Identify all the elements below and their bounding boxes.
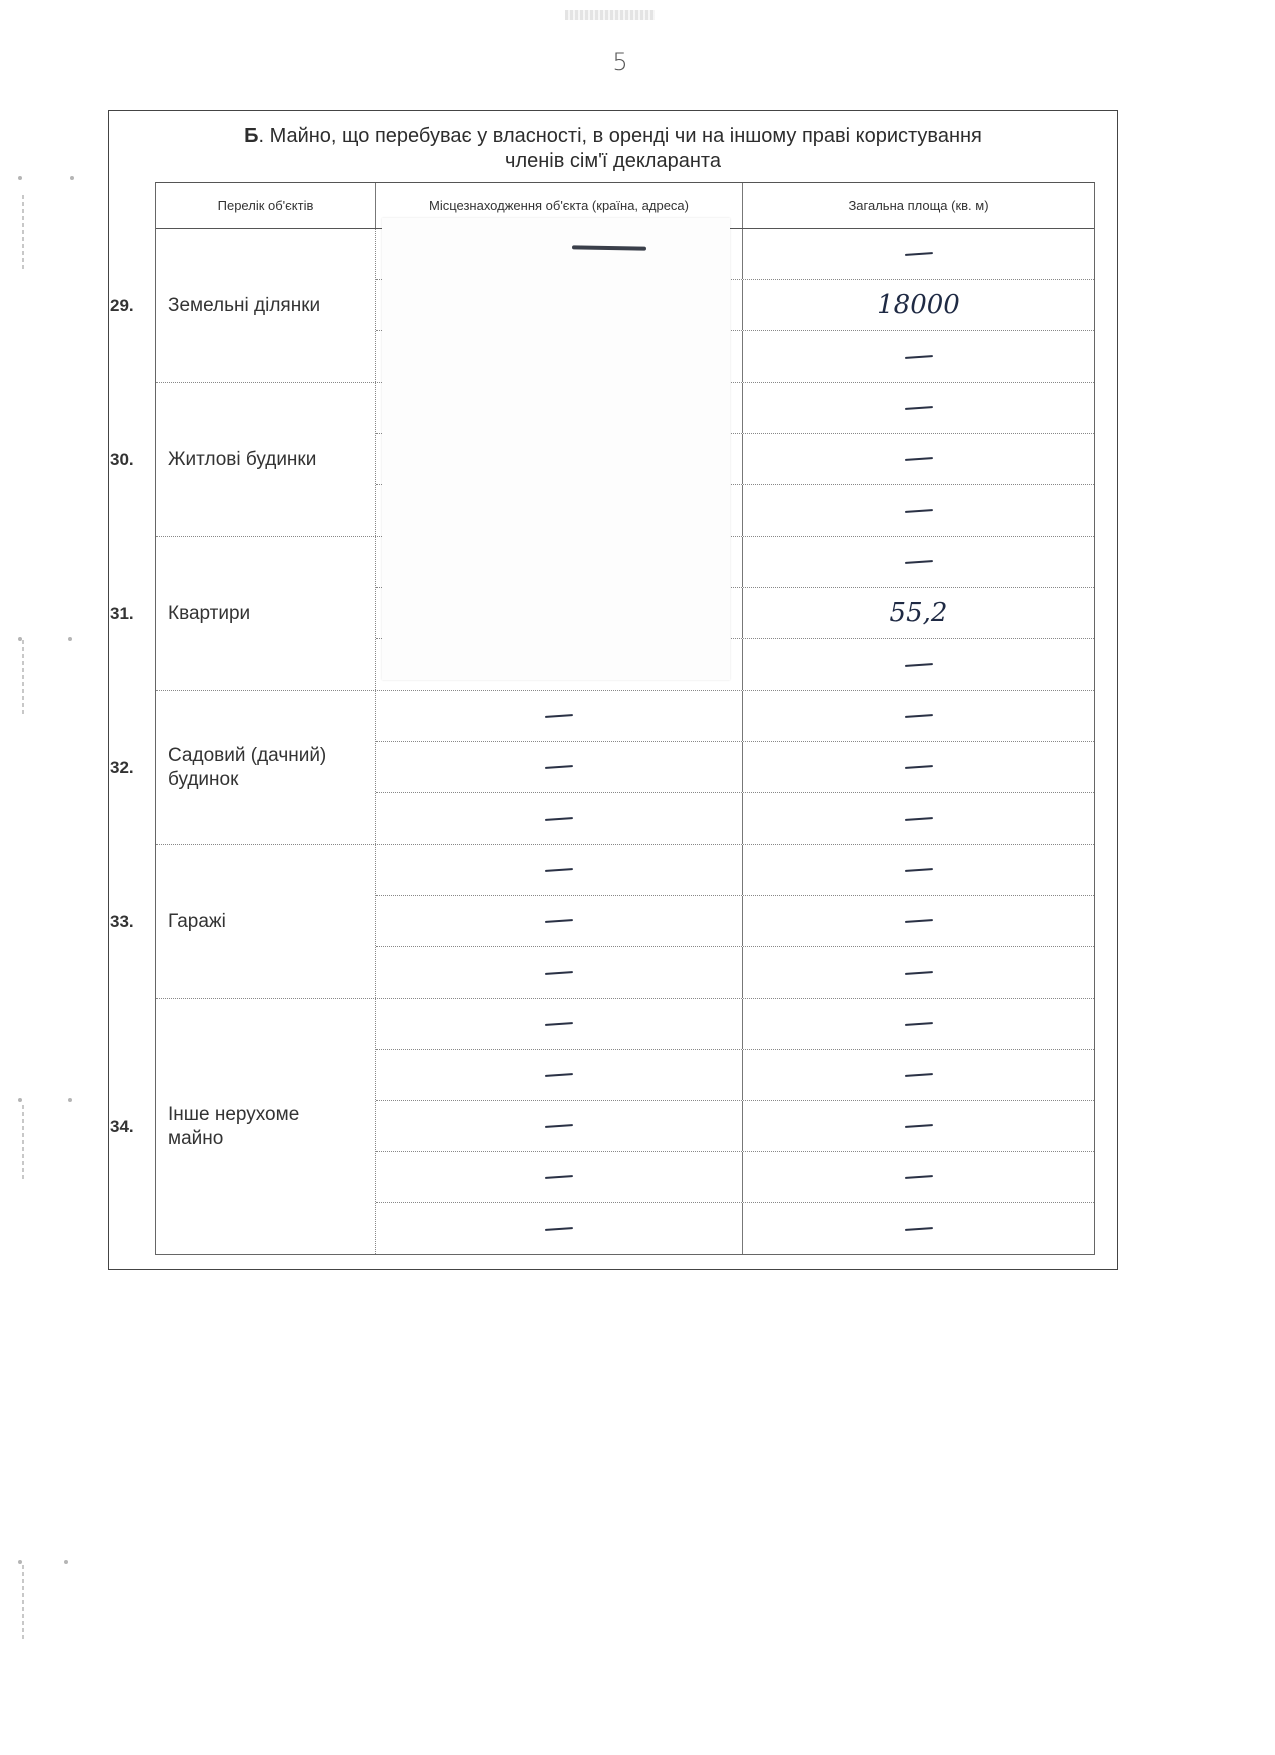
handwritten-dash [904,406,932,410]
handwritten-dash [904,457,932,461]
handwritten-dash [572,245,646,250]
binding-mark [22,1105,24,1180]
object-type-text: Земельні ділянки [168,294,320,318]
area-cell [743,845,1094,895]
header-area: Загальна площа (кв. м) [743,183,1094,228]
item-number: 30. [110,448,134,472]
handwritten-dash [545,1124,573,1128]
object-type-text: Інше нерухоме майно [168,1103,318,1151]
area-cell: 18000 [743,280,1094,330]
object-type-text: Квартири [168,602,250,626]
table-group: 33.Гаражі [156,845,1094,999]
object-type-label: 29.Земельні ділянки [156,229,376,382]
object-type-text: Садовий (дачний) будинок [168,744,338,792]
binding-dot [70,176,74,180]
table-row [376,999,1094,1050]
handwritten-dash [545,765,573,769]
location-cell [376,793,743,844]
binding-mark [22,195,24,270]
area-cell [743,793,1094,844]
binding-dot [18,637,22,641]
object-type-text: Житлові будинки [168,448,316,472]
table-row [376,845,1094,896]
handwritten-dash [904,1022,932,1026]
section-title-line1: . Майно, що перебуває у власності, в оре… [258,125,981,147]
handwritten-dash [904,560,932,564]
handwritten-dash [545,971,573,975]
object-type-label: 33.Гаражі [156,845,376,998]
area-cell [743,331,1094,382]
binding-mark [22,640,24,715]
handwritten-dash [904,355,932,359]
handwritten-dash [545,1175,573,1179]
location-cell [376,845,743,895]
handwritten-dash [545,868,573,872]
area-cell [743,229,1094,279]
section-title-line2: членів сім'ї декларанта [505,150,721,172]
item-number: 29. [110,294,134,318]
handwritten-dash [904,1124,932,1128]
handwritten-dash [545,1073,573,1077]
handwritten-dash [904,663,932,667]
location-cell [376,947,743,998]
area-cell [743,485,1094,536]
location-cell [376,999,743,1049]
binding-mark [22,1565,24,1640]
handwritten-dash [545,1227,573,1231]
handwritten-dash [545,817,573,821]
object-type-label: 34.Інше нерухоме майно [156,999,376,1254]
header-objects: Перелік об'єктів [156,183,376,228]
area-cell: 55,2 [743,588,1094,638]
handwritten-dash [904,868,932,872]
area-cell [743,434,1094,484]
object-type-label: 32.Садовий (дачний) будинок [156,691,376,844]
table-row [376,793,1094,844]
table-row [376,742,1094,793]
handwritten-dash [545,714,573,718]
area-cell [743,1050,1094,1100]
binding-dot [68,637,72,641]
handwritten-dash [904,509,932,513]
area-cell [743,1101,1094,1151]
table-group: 34.Інше нерухоме майно [156,999,1094,1254]
handwritten-dash [545,919,573,923]
item-number: 31. [110,602,134,626]
area-cell [743,742,1094,792]
table-group: 32.Садовий (дачний) будинок [156,691,1094,845]
section-letter: Б [244,125,258,147]
table-row [376,896,1094,947]
area-cell [743,947,1094,998]
handwritten-dash [904,817,932,821]
handwritten-dash [904,765,932,769]
handwritten-dash [904,252,932,256]
table-row [376,1203,1094,1254]
page-number: 5 [0,48,1240,76]
location-cell [376,1203,743,1254]
area-cell [743,896,1094,946]
item-number: 32. [110,756,134,780]
location-cell [376,1101,743,1151]
faint-scan-artifact [565,10,655,20]
table-row [376,947,1094,998]
location-cell [376,742,743,792]
binding-dot [68,1098,72,1102]
location-cell [376,1152,743,1202]
area-cell [743,639,1094,690]
handwritten-dash [904,971,932,975]
object-type-label: 31.Квартири [156,537,376,690]
area-cell [743,691,1094,741]
item-number: 33. [110,910,134,934]
object-type-label: 30.Житлові будинки [156,383,376,536]
table-row [376,1101,1094,1152]
table-row [376,691,1094,742]
location-cell [376,896,743,946]
location-cell [376,691,743,741]
binding-dot [64,1560,68,1564]
handwritten-dash [904,714,932,718]
object-type-text: Гаражі [168,910,226,934]
item-number: 34. [110,1115,134,1139]
area-cell [743,999,1094,1049]
handwritten-value: 55,2 [890,598,948,628]
section-title: Б. Майно, що перебуває у власності, в ор… [108,124,1118,174]
handwritten-dash [904,919,932,923]
area-cell [743,1203,1094,1254]
handwritten-dash [904,1175,932,1179]
handwritten-dash [904,1227,932,1231]
redaction-patch [382,218,730,680]
area-cell [743,537,1094,587]
handwritten-dash [904,1073,932,1077]
binding-dot [18,1098,22,1102]
table-row [376,1050,1094,1101]
table-row [376,1152,1094,1203]
handwritten-value: 18000 [877,290,960,320]
location-cell [376,1050,743,1100]
area-cell [743,383,1094,433]
handwritten-dash [545,1022,573,1026]
binding-dot [18,176,22,180]
area-cell [743,1152,1094,1202]
binding-dot [18,1560,22,1564]
